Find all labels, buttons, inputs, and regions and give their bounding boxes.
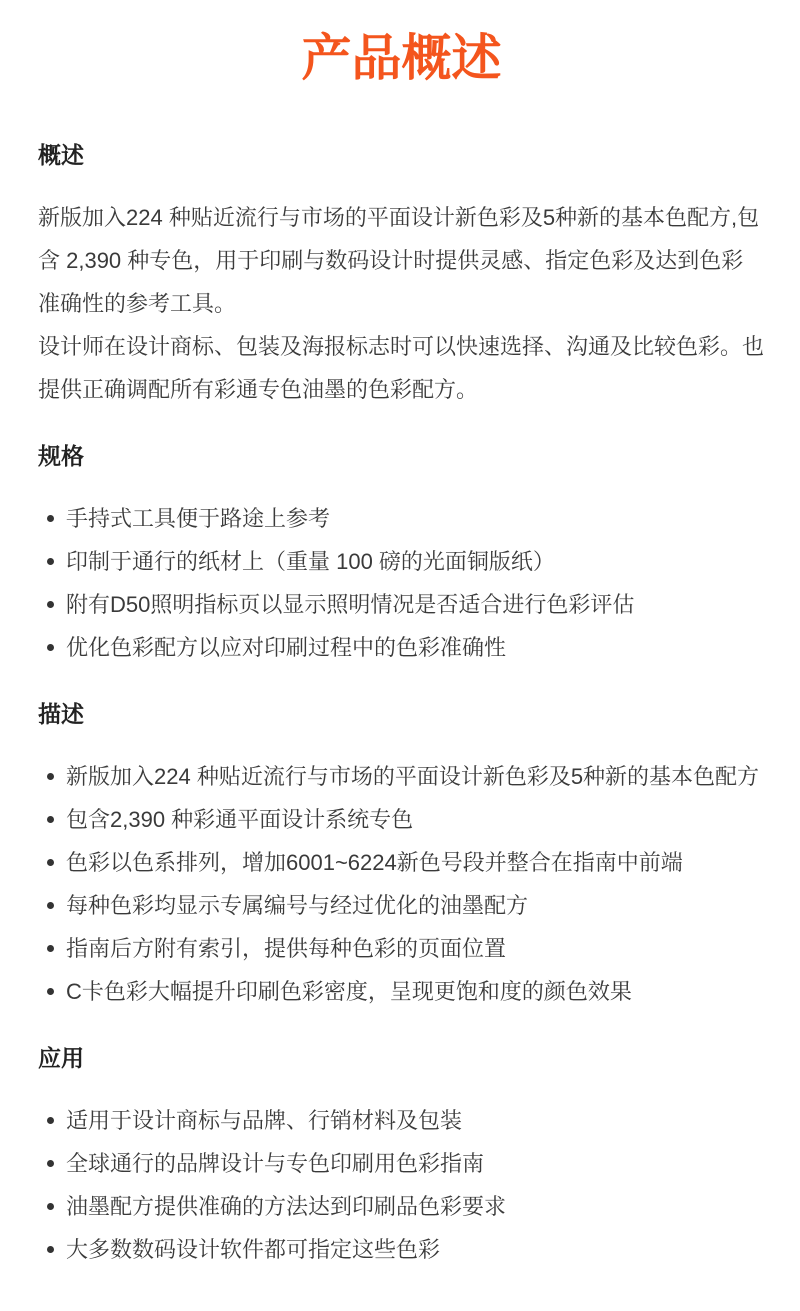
bullet-icon: [47, 1203, 54, 1210]
list-item: 新版加入224 种贴近流行与市场的平面设计新色彩及5种新的基本色配方: [38, 755, 765, 798]
list-item-text: 手持式工具便于路途上参考: [66, 506, 330, 531]
application-heading: 应用: [38, 1043, 765, 1073]
list-item-text: 色彩以色系排列，增加6001~6224新色号段并整合在指南中前端: [66, 850, 683, 875]
list-item-text: 油墨配方提供准确的方法达到印刷品色彩要求: [66, 1194, 506, 1219]
bullet-icon: [47, 558, 54, 565]
list-item-text: 指南后方附有索引，提供每种色彩的页面位置: [66, 936, 506, 961]
list-item: 每种色彩均显示专属编号与经过优化的油墨配方: [38, 884, 765, 927]
overview-paragraph-1: 新版加入224 种贴近流行与市场的平面设计新色彩及5种新的基本色配方,包含 2,…: [38, 196, 765, 325]
list-item: 适用于设计商标与品牌、行销材料及包装: [38, 1099, 765, 1142]
list-item-text: 印制于通行的纸材上（重量 100 磅的光面铜版纸）: [66, 549, 555, 574]
description-list: 新版加入224 种贴近流行与市场的平面设计新色彩及5种新的基本色配方 包含2,3…: [38, 755, 765, 1013]
list-item: 包含2,390 种彩通平面设计系统专色: [38, 798, 765, 841]
bullet-icon: [47, 1160, 54, 1167]
list-item: 指南后方附有索引，提供每种色彩的页面位置: [38, 927, 765, 970]
list-item: 附有D50照明指标页以显示照明情况是否适合进行色彩评估: [38, 583, 765, 626]
list-item: 全球通行的品牌设计与专色印刷用色彩指南: [38, 1142, 765, 1185]
list-item-text: 大多数数码设计软件都可指定这些色彩: [66, 1237, 440, 1262]
bullet-icon: [47, 773, 54, 780]
overview-heading: 概述: [38, 140, 765, 170]
specifications-heading: 规格: [38, 441, 765, 471]
bullet-icon: [47, 945, 54, 952]
bullet-icon: [47, 816, 54, 823]
list-item-text: 每种色彩均显示专属编号与经过优化的油墨配方: [66, 893, 528, 918]
list-item-text: 新版加入224 种贴近流行与市场的平面设计新色彩及5种新的基本色配方: [66, 764, 759, 789]
list-item: 印制于通行的纸材上（重量 100 磅的光面铜版纸）: [38, 540, 765, 583]
section-overview: 概述 新版加入224 种贴近流行与市场的平面设计新色彩及5种新的基本色配方,包含…: [38, 140, 765, 411]
product-overview-page: 产品概述 概述 新版加入224 种贴近流行与市场的平面设计新色彩及5种新的基本色…: [0, 0, 800, 1311]
page-title: 产品概述: [38, 26, 765, 90]
section-application: 应用 适用于设计商标与品牌、行销材料及包装 全球通行的品牌设计与专色印刷用色彩指…: [38, 1043, 765, 1271]
list-item-text: 适用于设计商标与品牌、行销材料及包装: [66, 1108, 462, 1133]
bullet-icon: [47, 988, 54, 995]
bullet-icon: [47, 515, 54, 522]
section-description: 描述 新版加入224 种贴近流行与市场的平面设计新色彩及5种新的基本色配方 包含…: [38, 699, 765, 1013]
bullet-icon: [47, 1246, 54, 1253]
application-list: 适用于设计商标与品牌、行销材料及包装 全球通行的品牌设计与专色印刷用色彩指南 油…: [38, 1099, 765, 1271]
section-specifications: 规格 手持式工具便于路途上参考 印制于通行的纸材上（重量 100 磅的光面铜版纸…: [38, 441, 765, 669]
list-item: C卡色彩大幅提升印刷色彩密度，呈现更饱和度的颜色效果: [38, 970, 765, 1013]
list-item: 色彩以色系排列，增加6001~6224新色号段并整合在指南中前端: [38, 841, 765, 884]
overview-paragraph-2: 设计师在设计商标、包装及海报标志时可以快速选择、沟通及比较色彩。也提供正确调配所…: [38, 325, 765, 411]
bullet-icon: [47, 644, 54, 651]
list-item: 大多数数码设计软件都可指定这些色彩: [38, 1228, 765, 1271]
specifications-list: 手持式工具便于路途上参考 印制于通行的纸材上（重量 100 磅的光面铜版纸） 附…: [38, 497, 765, 669]
list-item-text: 附有D50照明指标页以显示照明情况是否适合进行色彩评估: [66, 592, 634, 617]
list-item-text: C卡色彩大幅提升印刷色彩密度，呈现更饱和度的颜色效果: [66, 979, 632, 1004]
list-item-text: 全球通行的品牌设计与专色印刷用色彩指南: [66, 1151, 484, 1176]
list-item: 优化色彩配方以应对印刷过程中的色彩准确性: [38, 626, 765, 669]
bullet-icon: [47, 1117, 54, 1124]
list-item: 油墨配方提供准确的方法达到印刷品色彩要求: [38, 1185, 765, 1228]
description-heading: 描述: [38, 699, 765, 729]
list-item-text: 优化色彩配方以应对印刷过程中的色彩准确性: [66, 635, 506, 660]
list-item-text: 包含2,390 种彩通平面设计系统专色: [66, 807, 413, 832]
bullet-icon: [47, 601, 54, 608]
bullet-icon: [47, 902, 54, 909]
list-item: 手持式工具便于路途上参考: [38, 497, 765, 540]
bullet-icon: [47, 859, 54, 866]
